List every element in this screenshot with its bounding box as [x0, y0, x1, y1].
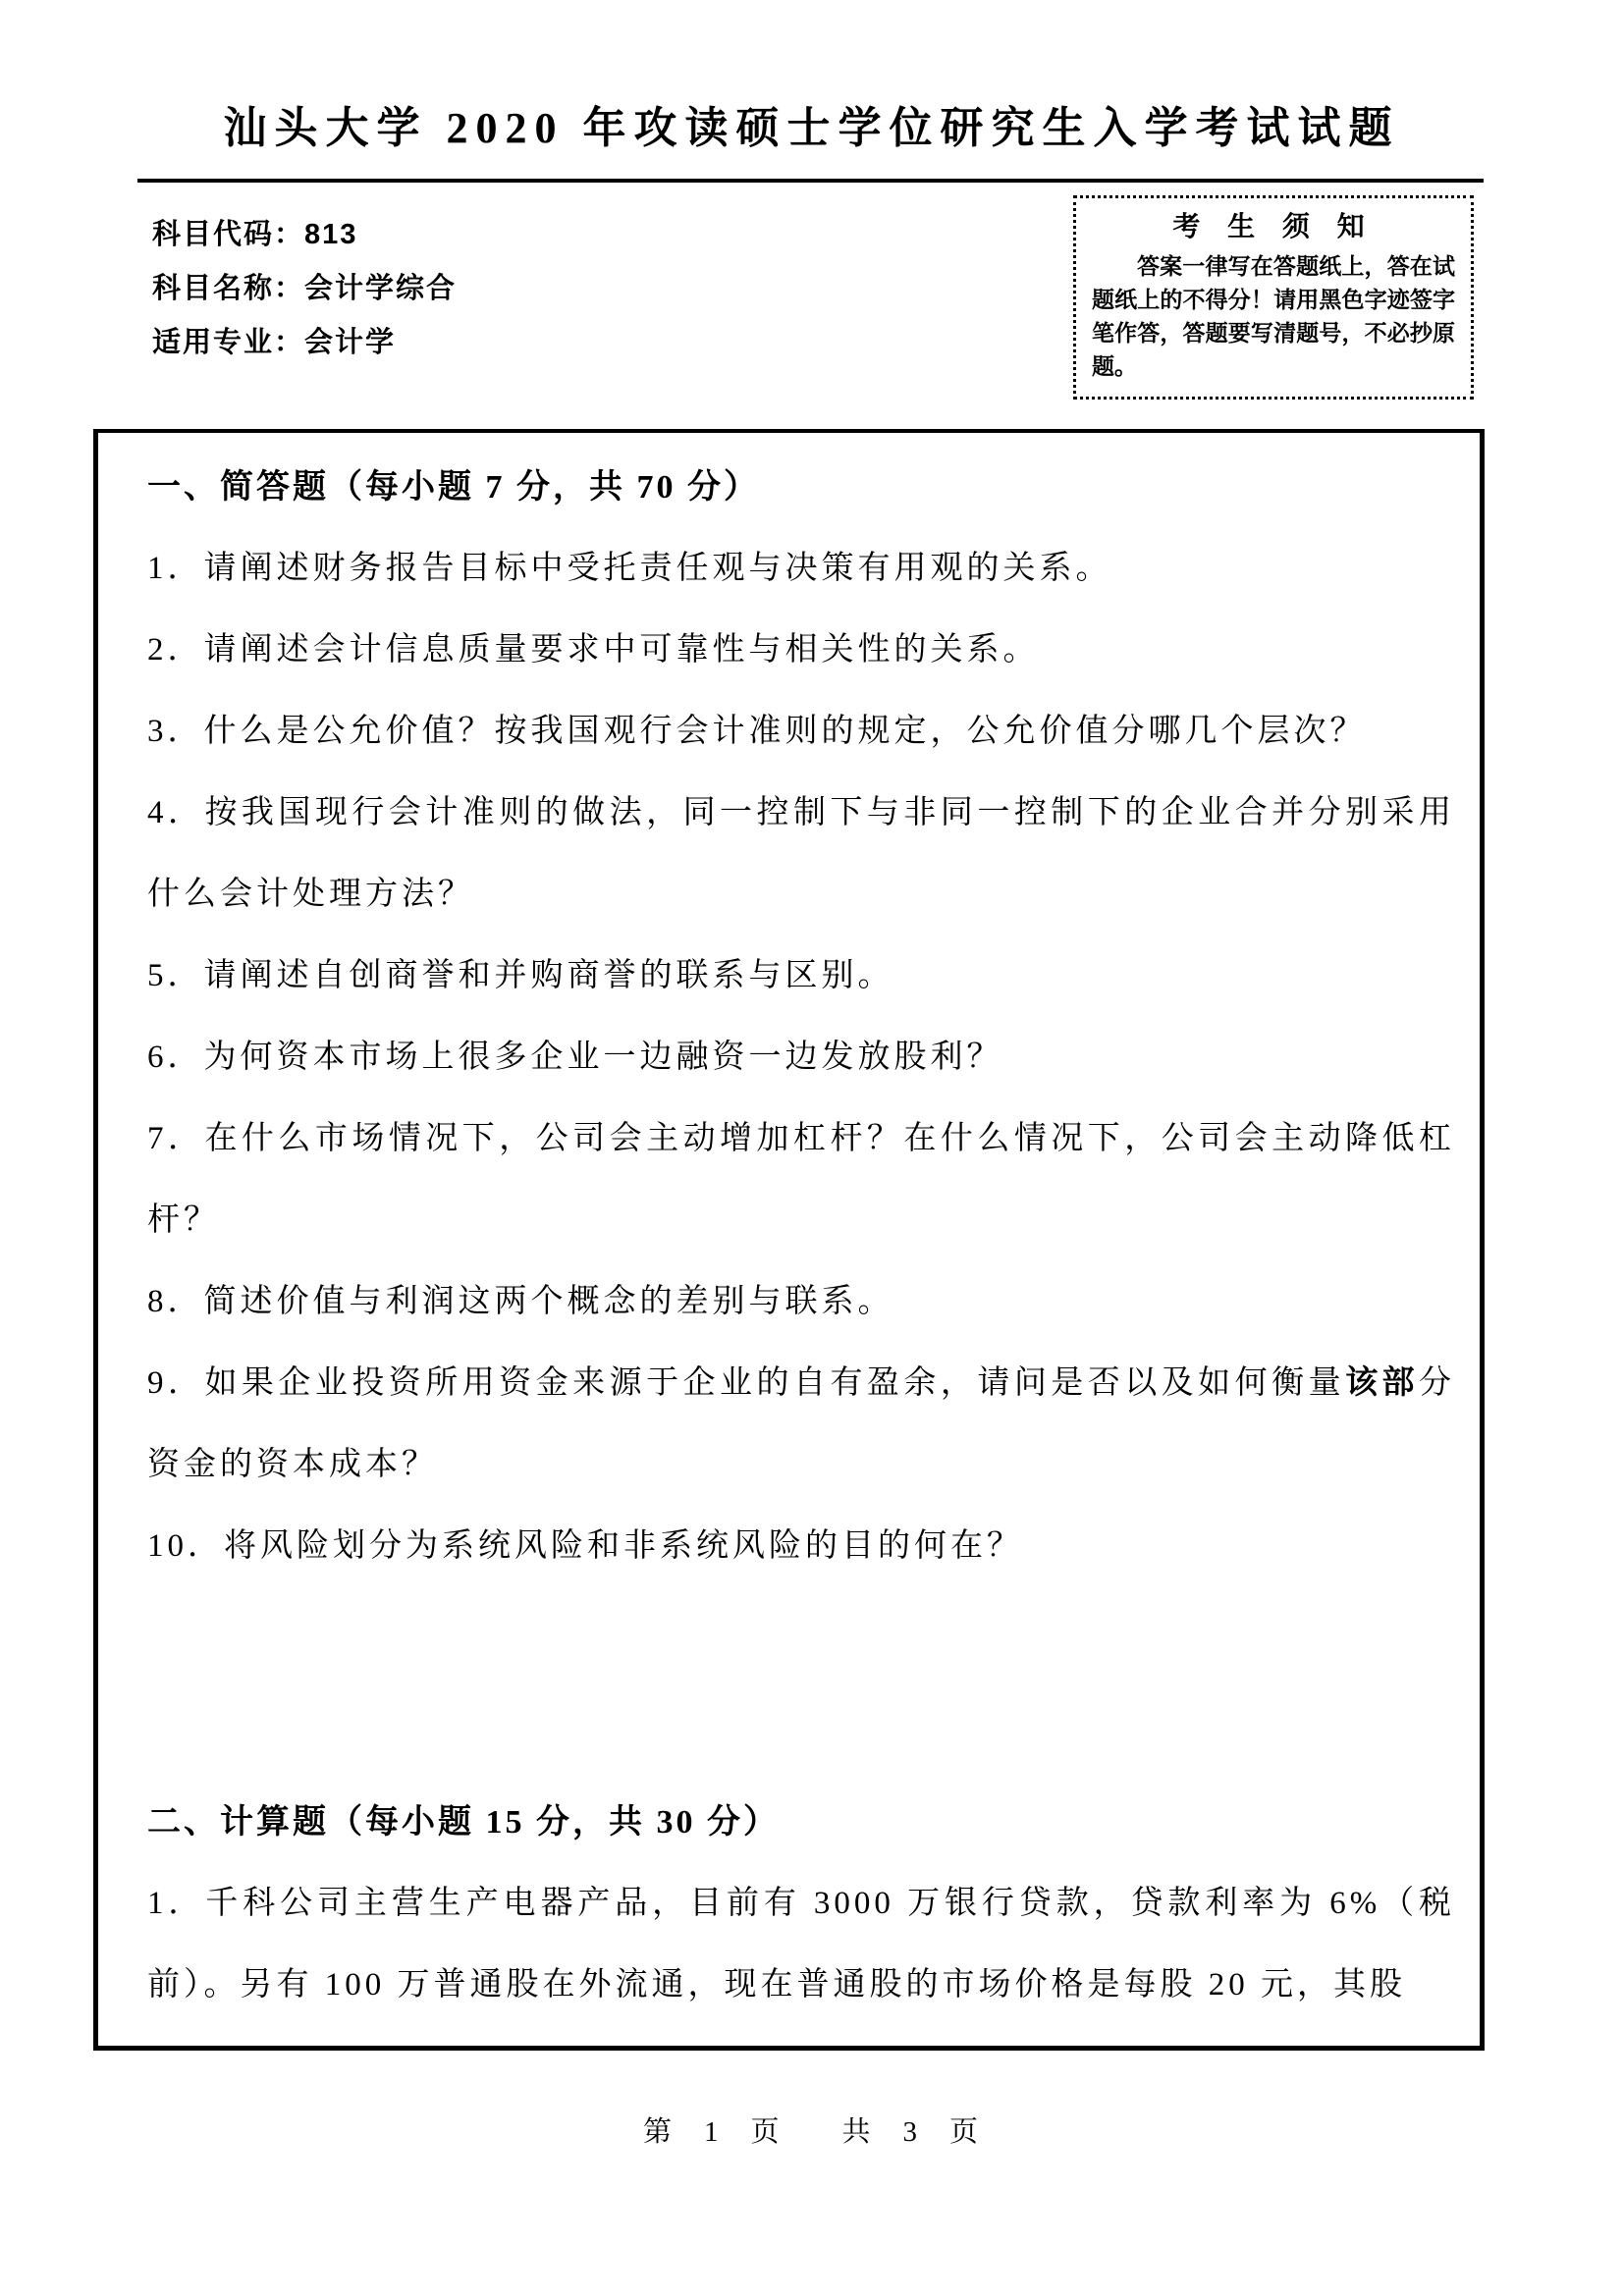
question-item-3: 3．什么是公允价值？按我国观行会计准则的规定，公允价值分哪几个层次？ — [147, 691, 1455, 773]
notice-body: 答案一律写在答题纸上，答在试题纸上的不得分！请用黑色字迹签字笔作答，答题要写清题… — [1092, 249, 1455, 383]
question-item-6: 6．为何资本市场上很多企业一边融资一边发放股利？ — [147, 1017, 1455, 1098]
subject-name-value: 会计学综合 — [304, 273, 457, 304]
major-value: 会计学 — [304, 327, 396, 358]
major-row: 适用专业：会计学 — [152, 316, 457, 370]
notice-title: 考 生 须 知 — [1092, 206, 1455, 247]
section-heading-2: 二、计算题（每小题 15 分，共 30 分） — [147, 1782, 1455, 1863]
question-text: 9．如果企业投资所用资金来源于企业的自有盈余，请问是否以及如何衡量 — [147, 1365, 1345, 1401]
subject-name-label: 科目名称： — [152, 273, 304, 304]
subject-name-row: 科目名称：会计学综合 — [152, 262, 457, 316]
question-item-2: 2．请阐述会计信息质量要求中可靠性与相关性的关系。 — [147, 610, 1455, 691]
question-text-bold: 该部 — [1345, 1365, 1419, 1401]
questions-box: 一、简答题（每小题 7 分，共 70 分） 1．请阐述财务报告目标中受托责任观与… — [93, 429, 1485, 2051]
question-item-7: 7．在什么市场情况下，公司会主动增加杠杆？在什么情况下，公司会主动降低杠杆？ — [147, 1098, 1455, 1261]
question-item-5: 5．请阐述自创商誉和并购商誉的联系与区别。 — [147, 935, 1455, 1017]
subject-meta: 科目代码：813 科目名称：会计学综合 适用专业：会计学 — [152, 183, 457, 370]
examinee-notice-box: 考 生 须 知 答案一律写在答题纸上，答在试题纸上的不得分！请用黑色字迹签字笔作… — [1073, 195, 1474, 400]
calc-question-item-1: 1．千科公司主营生产电器产品，目前有 3000 万银行贷款，贷款利率为 6%（税… — [147, 1863, 1455, 2026]
section-heading-1: 一、简答题（每小题 7 分，共 70 分） — [147, 447, 1455, 528]
subject-code-value: 813 — [304, 219, 357, 250]
question-item-8: 8．简述价值与利润这两个概念的差别与联系。 — [147, 1261, 1455, 1343]
question-item-10: 10．将风险划分为系统风险和非系统风险的目的何在？ — [147, 1506, 1455, 1587]
subject-code-label: 科目代码： — [152, 219, 304, 250]
question-item-1: 1．请阐述财务报告目标中受托责任观与决策有用观的关系。 — [147, 528, 1455, 610]
exam-title: 汕头大学 2020 年攻读硕士学位研究生入学考试试题 — [0, 0, 1623, 155]
major-label: 适用专业： — [152, 327, 304, 358]
page-number-footer: 第 1 页 共 3 页 — [0, 2109, 1623, 2150]
question-item-4: 4．按我国现行会计准则的做法，同一控制下与非同一控制下的企业合并分别采用什么会计… — [147, 773, 1455, 935]
question-item-9: 9．如果企业投资所用资金来源于企业的自有盈余，请问是否以及如何衡量该部分资金的资… — [147, 1343, 1455, 1506]
header-meta-row: 科目代码：813 科目名称：会计学综合 适用专业：会计学 考 生 须 知 答案一… — [152, 183, 1474, 400]
subject-code-row: 科目代码：813 — [152, 208, 457, 262]
